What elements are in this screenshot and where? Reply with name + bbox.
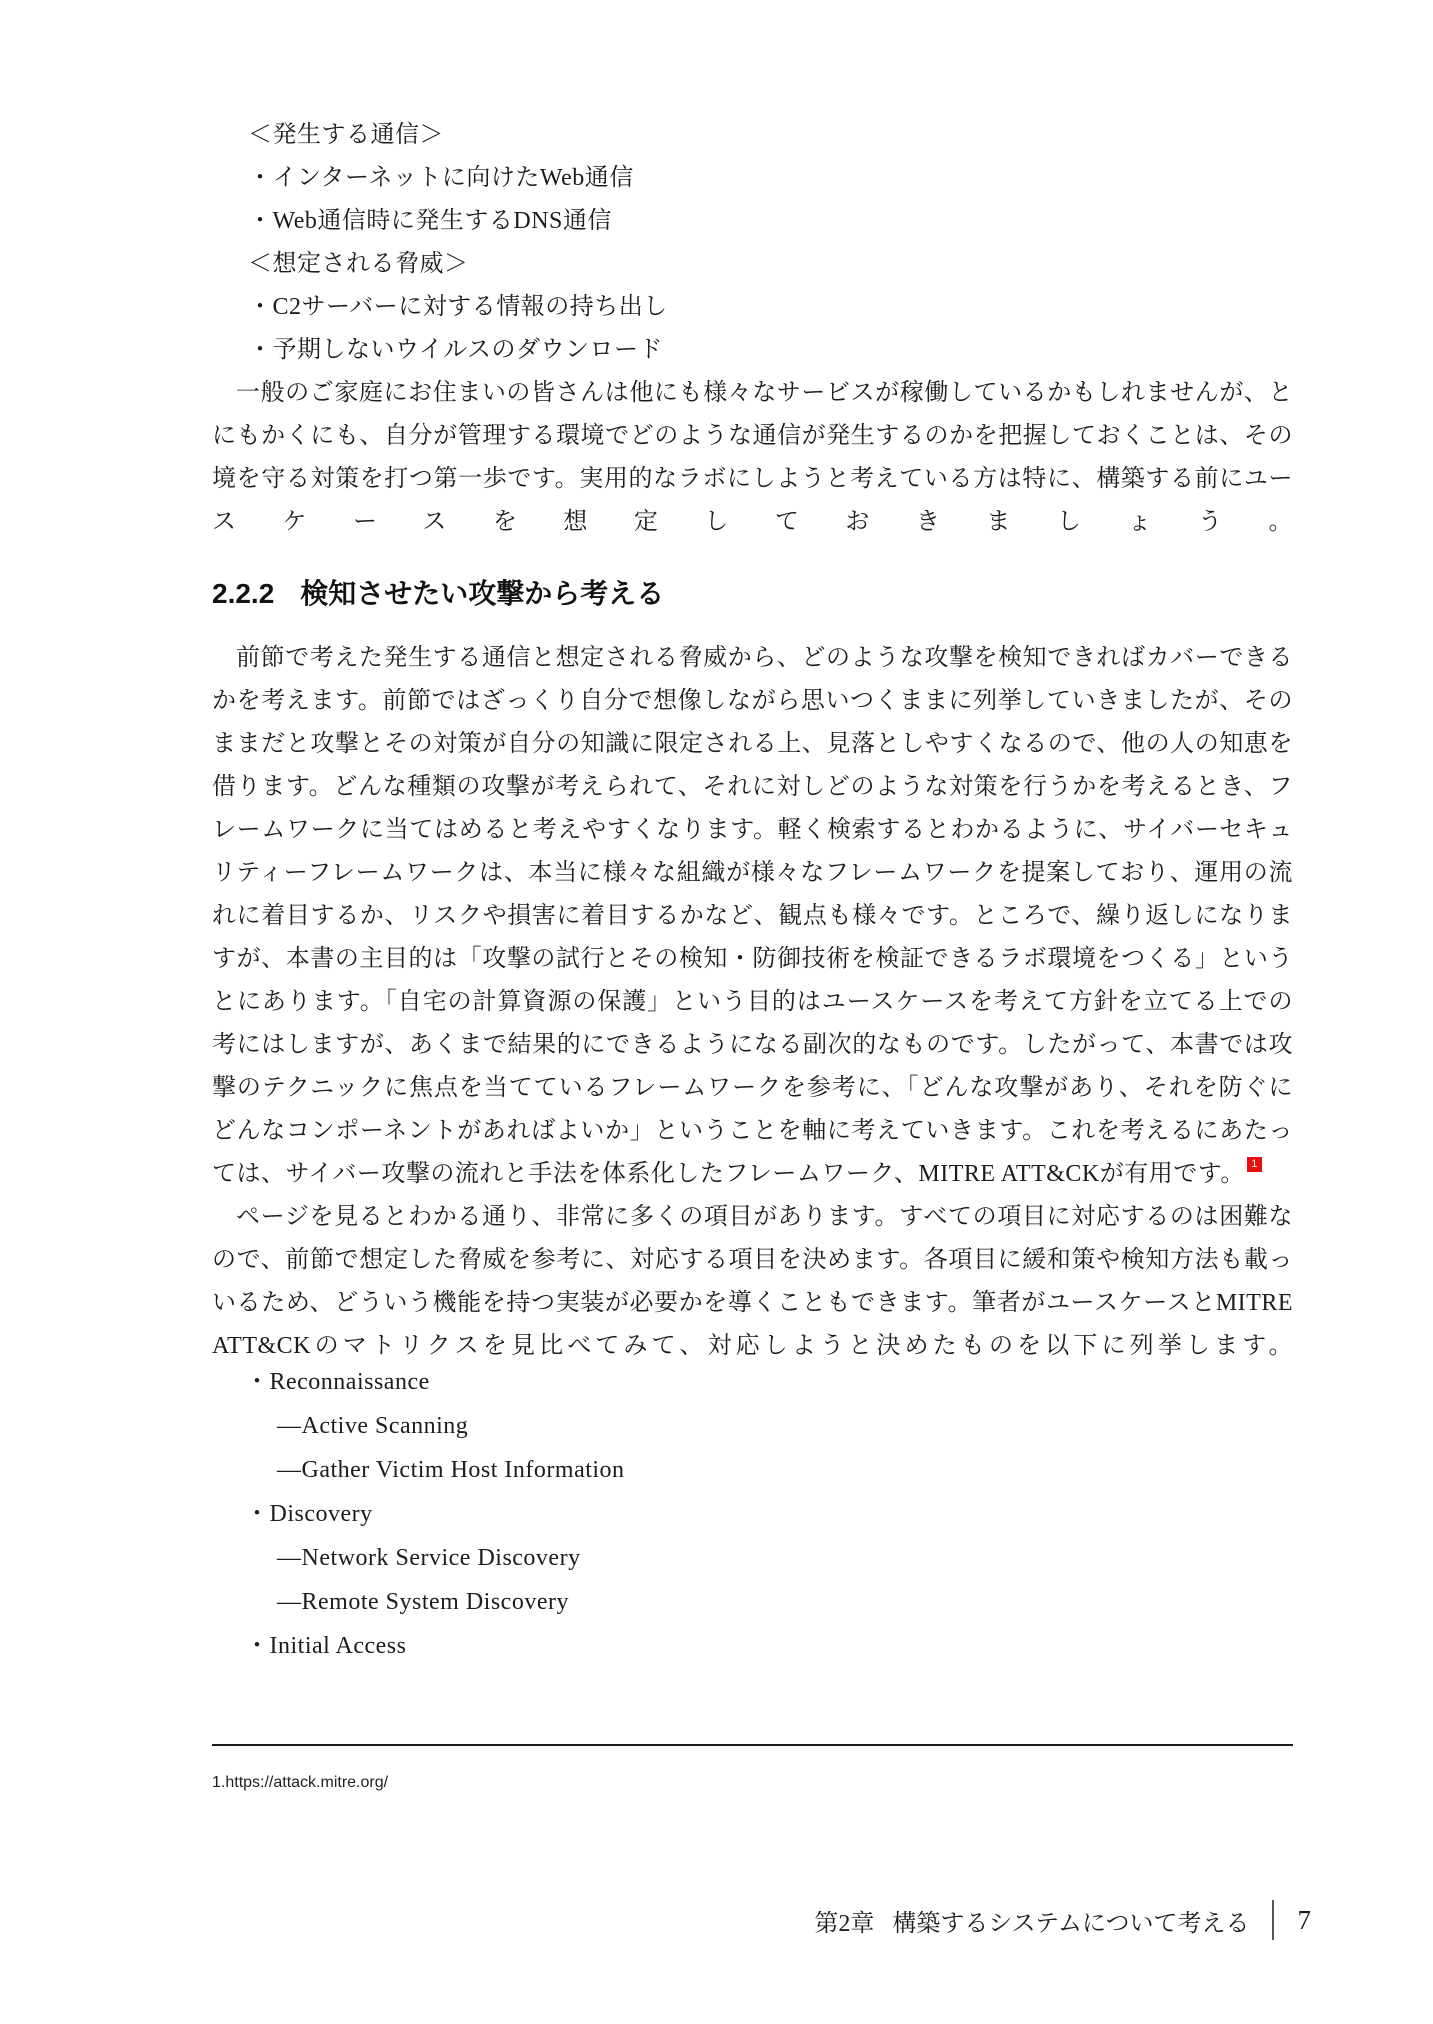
text-line: ・Web通信時に発生するDNS通信 xyxy=(212,200,1293,243)
second-paragraph: ページを見るとわかる通り、非常に多くの項目があります。すべての項目に対応するのは… xyxy=(212,1196,1293,1368)
text-line: 考にはしますが、あくまで結果的にできるようになる副次的なものです。したがって、本… xyxy=(212,1024,1293,1067)
footer-chapter-label: 第2章 xyxy=(814,1903,874,1938)
text-line: 境を守る対策を打つ第一歩です。実用的なラボにしようと考えている方は特に、構築する… xyxy=(212,458,1293,501)
footer-chapter-title: 構築するシステムについて考える xyxy=(892,1903,1249,1938)
text-line: ・予期しないウイルスのダウンロード xyxy=(212,329,1293,372)
attack-list-item: ・Discovery xyxy=(212,1492,1293,1536)
page-footer: 第2章 構築するシステムについて考える 7 xyxy=(814,1898,1311,1942)
text-line: ・C2サーバーに対する情報の持ち出し xyxy=(212,286,1293,329)
section-heading: 2.2.2検知させたい攻撃から考える xyxy=(212,572,1293,615)
attack-list-item: ―Network Service Discovery xyxy=(212,1536,1293,1580)
text-line: どんなコンポーネントがあればよいか」ということを軸に考えていきます。これを考える… xyxy=(212,1110,1293,1153)
attack-list-item: ・Initial Access xyxy=(212,1624,1293,1668)
attack-list-item: ―Active Scanning xyxy=(212,1404,1293,1448)
text-line: いるため、どういう機能を持つ実装が必要かを導くこともできます。筆者がユースケース… xyxy=(212,1282,1293,1325)
main-paragraph: 前節で考えた発生する通信と想定される脅威から、どのような攻撃を検知できればカバー… xyxy=(212,637,1293,1196)
intro-list: ＜発生する通信＞・インターネットに向けたWeb通信・Web通信時に発生するDNS… xyxy=(212,114,1293,372)
text-line: れに着目するか、リスクや損害に着目するかなど、観点も様々です。ところで、繰り返し… xyxy=(212,895,1293,938)
text-line: かを考えます。前節ではざっくり自分で想像しながら思いつくままに列挙していきました… xyxy=(212,680,1293,723)
section-number: 2.2.2 xyxy=(212,578,274,609)
content-column: ＜発生する通信＞・インターネットに向けたWeb通信・Web通信時に発生するDNS… xyxy=(212,114,1293,1794)
text-line: ・インターネットに向けたWeb通信 xyxy=(212,157,1293,200)
footnote-marker: 1 xyxy=(1247,1157,1262,1172)
section-title: 検知させたい攻撃から考える xyxy=(300,578,664,609)
text-line: ままだと攻撃とその対策が自分の知識に限定される上、見落としやすくなるので、他の人… xyxy=(212,723,1293,766)
text-line: 撃のテクニックに焦点を当てているフレームワークを参考に、「どんな攻撃があり、それ… xyxy=(212,1067,1293,1110)
text-line: ページを見るとわかる通り、非常に多くの項目があります。すべての項目に対応するのは… xyxy=(212,1196,1293,1239)
text-line: 借ります。どんな種類の攻撃が考えられて、それに対しどのような対策を行うかを考える… xyxy=(212,766,1293,809)
text-line: 一般のご家庭にお住まいの皆さんは他にも様々なサービスが稼働しているかもしれません… xyxy=(212,372,1293,415)
footnote-divider xyxy=(212,1744,1293,1746)
attack-list-item: ―Remote System Discovery xyxy=(212,1580,1293,1624)
text-line: 前節で考えた発生する通信と想定される脅威から、どのような攻撃を検知できればカバー… xyxy=(212,637,1293,680)
book-page: ＜発生する通信＞・インターネットに向けたWeb通信・Web通信時に発生するDNS… xyxy=(0,0,1433,2024)
text-line: ＜発生する通信＞ xyxy=(212,114,1293,157)
text-line: レームワークに当てはめると考えやすくなります。軽く検索するとわかるように、サイバ… xyxy=(212,809,1293,852)
text-line: ＜想定される脅威＞ xyxy=(212,243,1293,286)
attack-technique-list: ・Reconnaissance―Active Scanning―Gather V… xyxy=(212,1360,1293,1668)
main-paragraph-last-line: ては、サイバー攻撃の流れと手法を体系化したフレームワーク、MITRE ATT&C… xyxy=(212,1153,1293,1196)
text-line: ので、前節で想定した脅威を参考に、対応する項目を決めます。各項目に緩和策や検知方… xyxy=(212,1239,1293,1282)
footnote-text: 1.https://attack.mitre.org/ xyxy=(212,1772,1293,1794)
text-line: とにあります。「自宅の計算資源の保護」という目的はユースケースを考えて方針を立て… xyxy=(212,981,1293,1024)
text-line: リティーフレームワークは、本当に様々な組織が様々なフレームワークを提案しており、… xyxy=(212,852,1293,895)
text-line: すが、本書の主目的は「攻撃の試行とその検知・防御技術を検証できるラボ環境をつくる… xyxy=(212,938,1293,981)
footer-page-number: 7 xyxy=(1298,1905,1312,1936)
footer-divider xyxy=(1272,1900,1274,1940)
text-line: にもかくにも、自分が管理する環境でどのような通信が発生するのかを把握しておくこと… xyxy=(212,415,1293,458)
attack-list-item: ―Gather Victim Host Information xyxy=(212,1448,1293,1492)
intro-paragraph: 一般のご家庭にお住まいの皆さんは他にも様々なサービスが稼働しているかもしれません… xyxy=(212,372,1293,544)
text-line: スケースを想定しておきましょう。 xyxy=(212,501,1293,544)
